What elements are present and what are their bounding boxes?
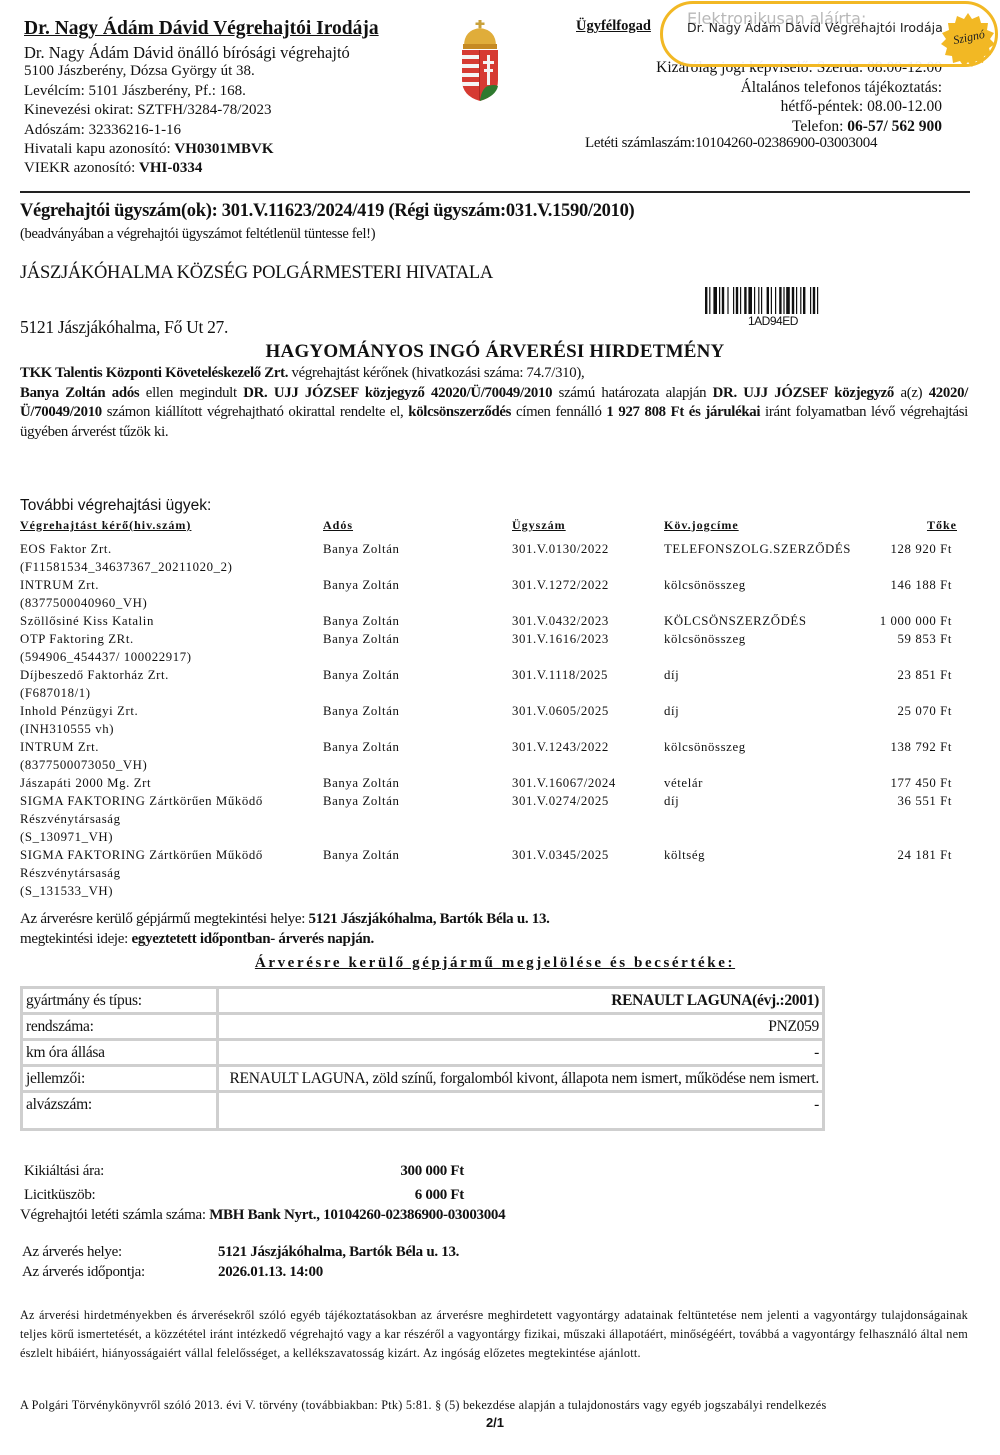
creditor-cell: SIGMA FAKTORING Zártkörűen MűködőRészvén… <box>20 846 323 900</box>
case-number-cell: 301.V.16067/2024 <box>512 774 664 792</box>
bid-step-label: Licitküszöb: <box>24 1183 384 1207</box>
auction-place-value: 5121 Jászjákóhalma, Bartók Béla u. 13. <box>218 1244 459 1260</box>
vehicle-row: gyártmány és típus:RENAULT LAGUNA(évj.:2… <box>22 988 824 1014</box>
intro-text: a(z) <box>894 385 929 401</box>
creditor-name: TKK Talentis Központi Követeléskezelő Zr… <box>20 365 288 381</box>
auction-place-label: Az árverés helye: <box>22 1242 218 1262</box>
vehicle-field-value: - <box>218 1092 824 1130</box>
creditor-line: OTP Faktoring ZRt. <box>20 630 323 648</box>
column-header: Tőke <box>872 518 957 540</box>
vehicle-table: gyártmány és típus:RENAULT LAGUNA(évj.:2… <box>20 986 825 1131</box>
creditor-line: (594906_454437/ 100022917) <box>20 648 323 666</box>
debtor-cell: Banya Zoltán <box>323 540 512 576</box>
creditor-cell: Szöllősiné Kiss Katalin <box>20 612 323 630</box>
disclaimer-paragraph: Az árverési hirdetményekben és árverések… <box>20 1306 968 1363</box>
office-details: Dr. Nagy Ádám Dávid önálló bírósági végr… <box>24 43 350 179</box>
column-header: Köv.jogcíme <box>664 518 872 540</box>
principal-cell: 138 792 Ft <box>872 738 952 774</box>
principal-cell: 59 853 Ft <box>872 630 952 666</box>
vehicle-field-value: - <box>218 1040 824 1066</box>
vehicle-field-value: RENAULT LAGUNA, zöld színű, forgalomból … <box>218 1066 824 1092</box>
reception-info: Kizárólag jogi képviselő: Szerda: 08.00-… <box>656 58 942 136</box>
claim-title-cell: KÖLCSÖNSZERZŐDÉS <box>664 612 872 630</box>
table-row: OTP Faktoring ZRt.(594906_454437/ 100022… <box>20 630 970 666</box>
hivatali-kapu-line: Hivatali kapu azonosító: VH0301MBVK <box>24 140 350 159</box>
table-row: INTRUM Zrt.(8377500073050_VH)Banya Zoltá… <box>20 738 970 774</box>
case-number-cell: 301.V.0130/2022 <box>512 540 664 576</box>
office-line: Dr. Nagy Ádám Dávid önálló bírósági végr… <box>24 43 350 62</box>
document-title: HAGYOMÁNYOS INGÓ ÁRVERÉSI HIRDETMÉNY <box>0 341 990 363</box>
inspection-time-label: megtekintési ideje: <box>20 931 131 947</box>
price-block: Kikiáltási ára:300 000 Ft Licitküszöb:6 … <box>24 1159 464 1207</box>
intro-text: címen fennálló <box>511 404 606 420</box>
start-price-label: Kikiáltási ára: <box>24 1159 384 1183</box>
table-row: Jászapáti 2000 Mg. ZrtBanya Zoltán301.V.… <box>20 774 970 792</box>
debtor-name: Banya Zoltán adós <box>20 385 139 401</box>
vehicle-field-label: alvázszám: <box>22 1092 218 1130</box>
principal-cell: 25 070 Ft <box>872 702 952 738</box>
viekr-value: VHI-0334 <box>139 160 202 176</box>
inspection-time-value: egyeztetett időpontban- árverés napján. <box>131 931 373 947</box>
office-line: Levélcím: 5101 Jászberény, Pf.: 168. <box>24 82 350 101</box>
creditor-line: (8377500040960_VH) <box>20 594 323 612</box>
reception-line: hétfő-péntek: 08.00-12.00 <box>656 97 942 117</box>
deposit-account: Letéti számlaszám:10104260-02386900-0300… <box>585 135 877 152</box>
creditor-line: (F11581534_34637367_20211020_2) <box>20 558 323 576</box>
principal-cell: 23 851 Ft <box>872 666 952 702</box>
intro-text: végrehajtást kérőnek (hivatkozási száma:… <box>288 365 584 381</box>
column-header: Adós <box>323 518 512 540</box>
principal-cell: 36 551 Ft <box>872 792 952 846</box>
barcode-icon <box>705 287 855 314</box>
table-row: SIGMA FAKTORING Zártkörűen MűködőRészvén… <box>20 792 970 846</box>
creditor-cell: OTP Faktoring ZRt.(594906_454437/ 100022… <box>20 630 323 666</box>
principal-cell: 177 450 Ft <box>872 774 952 792</box>
office-title: Dr. Nagy Ádám Dávid Végrehajtói Irodája <box>24 18 379 40</box>
case-number-cell: 301.V.1118/2025 <box>512 666 664 702</box>
table-row: Inhold Pénzügyi Zrt.(INH310555 vh)Banya … <box>20 702 970 738</box>
creditor-line: Részvénytársaság <box>20 810 323 828</box>
bank-label: Végrehajtói letéti számla száma: <box>20 1207 209 1223</box>
vehicle-field-value: PNZ059 <box>218 1014 824 1040</box>
creditor-line: Jászapáti 2000 Mg. Zrt <box>20 774 323 792</box>
claim-title-cell: díj <box>664 792 872 846</box>
case-number-cell: 301.V.1616/2023 <box>512 630 664 666</box>
office-line: 5100 Jászberény, Dózsa György út 38. <box>24 62 350 81</box>
table-row: SIGMA FAKTORING Zártkörűen MűködőRészvén… <box>20 846 970 900</box>
intro-paragraph: TKK Talentis Központi Követeléskezelő Zr… <box>20 364 968 442</box>
hivatali-kapu-value: VH0301MBVK <box>174 141 273 157</box>
claim-amount: 1 927 808 Ft és járulékai <box>606 404 760 420</box>
creditor-cell: Jászapáti 2000 Mg. Zrt <box>20 774 323 792</box>
table-row: Díjbeszedő Faktorház Zrt.(F687018/1)Bany… <box>20 666 970 702</box>
debtor-cell: Banya Zoltán <box>323 576 512 612</box>
creditor-cell: Inhold Pénzügyi Zrt.(INH310555 vh) <box>20 702 323 738</box>
claim-title-cell: kölcsönösszeg <box>664 576 872 612</box>
creditor-cell: EOS Faktor Zrt.(F11581534_34637367_20211… <box>20 540 323 576</box>
claim-title-cell: kölcsönösszeg <box>664 738 872 774</box>
header-divider <box>20 191 970 193</box>
reception-hours-heading: Ügyfélfogad <box>576 18 651 35</box>
vehicle-row: km óra állása- <box>22 1040 824 1066</box>
vehicle-field-value: RENAULT LAGUNA(évj.:2001) <box>218 988 824 1014</box>
claim-title-cell: TELEFONSZOLG.SZERZŐDÉS <box>664 540 872 576</box>
table-row: EOS Faktor Zrt.(F11581534_34637367_20211… <box>20 540 970 576</box>
page-number: 2/1 <box>0 1415 990 1430</box>
auction-time-value: 2026.01.13. 14:00 <box>218 1264 323 1280</box>
principal-cell: 146 188 Ft <box>872 576 952 612</box>
auction-time-label: Az árverés időpontja: <box>22 1262 218 1282</box>
creditor-cell: INTRUM Zrt.(8377500040960_VH) <box>20 576 323 612</box>
notary-ref: DR. UJJ JÓZSEF közjegyző <box>713 385 894 401</box>
principal-cell: 128 920 Ft <box>872 540 952 576</box>
intro-line-2: Banya Zoltán adós ellen megindult DR. UJ… <box>20 384 968 443</box>
debtor-cell: Banya Zoltán <box>323 702 512 738</box>
further-cases-title: További végrehajtási ügyek: <box>20 497 211 515</box>
creditor-line: EOS Faktor Zrt. <box>20 540 323 558</box>
table-body: EOS Faktor Zrt.(F11581534_34637367_20211… <box>20 540 970 900</box>
debtor-cell: Banya Zoltán <box>323 846 512 900</box>
vehicle-field-label: gyártmány és típus: <box>22 988 218 1014</box>
phone-label: Telefon: <box>792 118 847 135</box>
case-number: Végrehajtói ügyszám(ok): 301.V.11623/202… <box>20 201 634 222</box>
inspection-time: megtekintési ideje: egyeztetett időpontb… <box>20 930 550 950</box>
principal-cell: 1 000 000 Ft <box>872 612 952 630</box>
office-line: Adószám: 32336216-1-16 <box>24 121 350 140</box>
barcode-label: 1AD94ED <box>748 314 798 328</box>
start-price-row: Kikiáltási ára:300 000 Ft <box>24 1159 464 1183</box>
table-header: Végrehajtást kérő(hiv.szám) Adós Ügyszám… <box>20 518 970 540</box>
vehicle-section-title: Árverésre kerülő gépjármű megjelölése és… <box>0 955 990 972</box>
creditor-line: (INH310555 vh) <box>20 720 323 738</box>
column-header: Ügyszám <box>512 518 664 540</box>
claim-title: kölcsönszerződés <box>408 404 511 420</box>
creditor-cell: INTRUM Zrt.(8377500073050_VH) <box>20 738 323 774</box>
claim-title-cell: díj <box>664 702 872 738</box>
recipient-address: 5121 Jászjákóhalma, Fő Ut 27. <box>20 317 228 338</box>
inspection-info: Az árverésre kerülő gépjármű megtekintés… <box>20 910 550 949</box>
hivatali-kapu-label: Hivatali kapu azonosító: <box>24 141 174 157</box>
phone-value: 06-57/ 562 900 <box>847 118 942 135</box>
e-signature-signer: Dr. Nagy Ádám Dávid Végrehajtói Irodája <box>687 20 943 35</box>
creditor-line: (F687018/1) <box>20 684 323 702</box>
e-signature-stamp[interactable]: Elektronikusan aláírta: Dr. Nagy Ádám Dá… <box>660 1 998 67</box>
vehicle-field-label: km óra állása <box>22 1040 218 1066</box>
office-line: Kinevezési okirat: SZTFH/3284-78/2023 <box>24 101 350 120</box>
creditor-cell: Díjbeszedő Faktorház Zrt.(F687018/1) <box>20 666 323 702</box>
debtor-cell: Banya Zoltán <box>323 612 512 630</box>
creditor-line: SIGMA FAKTORING Zártkörűen Működő <box>20 792 323 810</box>
case-number-cell: 301.V.1272/2022 <box>512 576 664 612</box>
debtor-cell: Banya Zoltán <box>323 666 512 702</box>
creditor-line: Részvénytársaság <box>20 864 323 882</box>
creditor-cell: SIGMA FAKTORING Zártkörűen MűködőRészvén… <box>20 792 323 846</box>
inspection-place-value: 5121 Jászjákóhalma, Bartók Béla u. 13. <box>309 911 550 927</box>
inspection-place: Az árverésre kerülő gépjármű megtekintés… <box>20 910 550 930</box>
debtor-cell: Banya Zoltán <box>323 774 512 792</box>
reception-line: Általános telefonos tájékoztatás: <box>656 78 942 98</box>
auction-info: Az árverés helye:5121 Jászjákóhalma, Bar… <box>22 1242 459 1282</box>
table-row: Szöllősiné Kiss KatalinBanya Zoltán301.V… <box>20 612 970 630</box>
column-header: Végrehajtást kérő(hiv.szám) <box>20 518 323 540</box>
intro-text: számon kiállított végrehajtható okiratta… <box>102 404 408 420</box>
principal-cell: 24 181 Ft <box>872 846 952 900</box>
case-number-note: (beadványában a végrehajtói ügyszámot fe… <box>20 226 375 243</box>
notary-ref: DR. UJJ JÓZSEF közjegyző 42020/Ü/70049/2… <box>243 385 552 401</box>
creditor-line: Díjbeszedő Faktorház Zrt. <box>20 666 323 684</box>
bank-account-line: Végrehajtói letéti számla száma: MBH Ban… <box>20 1207 505 1224</box>
claim-title-cell: vételár <box>664 774 872 792</box>
vehicle-row: rendszáma:PNZ059 <box>22 1014 824 1040</box>
further-cases-table: Végrehajtást kérő(hiv.szám) Adós Ügyszám… <box>20 518 970 900</box>
debtor-cell: Banya Zoltán <box>323 738 512 774</box>
phone-line: Telefon: 06-57/ 562 900 <box>656 117 942 137</box>
creditor-line: SIGMA FAKTORING Zártkörűen Működő <box>20 846 323 864</box>
vehicle-field-label: rendszáma: <box>22 1014 218 1040</box>
creditor-line: (8377500073050_VH) <box>20 756 323 774</box>
ptk-paragraph: A Polgári Törvénykönyvről szóló 2013. év… <box>20 1398 968 1413</box>
intro-text: ellen megindult <box>139 385 243 401</box>
vehicle-row: alvázszám:- <box>22 1092 824 1130</box>
bid-step-row: Licitküszöb:6 000 Ft <box>24 1183 464 1207</box>
start-price-value: 300 000 Ft <box>384 1159 464 1183</box>
case-number-cell: 301.V.0274/2025 <box>512 792 664 846</box>
creditor-line: INTRUM Zrt. <box>20 738 323 756</box>
creditor-line: INTRUM Zrt. <box>20 576 323 594</box>
bank-value: MBH Bank Nyrt., 10104260-02386900-030030… <box>209 1207 505 1223</box>
intro-line-1: TKK Talentis Központi Követeléskezelő Zr… <box>20 364 968 384</box>
creditor-line: Szöllősiné Kiss Katalin <box>20 612 323 630</box>
creditor-line: (S_131533_VH) <box>20 882 323 900</box>
case-number-cell: 301.V.1243/2022 <box>512 738 664 774</box>
coat-of-arms-icon <box>458 20 502 102</box>
table-row: INTRUM Zrt.(8377500040960_VH)Banya Zoltá… <box>20 576 970 612</box>
case-number-cell: 301.V.0432/2023 <box>512 612 664 630</box>
case-number-cell: 301.V.0345/2025 <box>512 846 664 900</box>
case-number-cell: 301.V.0605/2025 <box>512 702 664 738</box>
auction-place-row: Az árverés helye:5121 Jászjákóhalma, Bar… <box>22 1242 459 1262</box>
viekr-line: VIEKR azonosító: VHI-0334 <box>24 159 350 178</box>
claim-title-cell: díj <box>664 666 872 702</box>
creditor-line: (S_130971_VH) <box>20 828 323 846</box>
debtor-cell: Banya Zoltán <box>323 792 512 846</box>
inspection-place-label: Az árverésre kerülő gépjármű megtekintés… <box>20 911 309 927</box>
creditor-line: Inhold Pénzügyi Zrt. <box>20 702 323 720</box>
vehicle-field-label: jellemzői: <box>22 1066 218 1092</box>
intro-text: számú határozata alapján <box>552 385 712 401</box>
bid-step-value: 6 000 Ft <box>384 1183 464 1207</box>
debtor-cell: Banya Zoltán <box>323 630 512 666</box>
recipient-name: JÁSZJÁKÓHALMA KÖZSÉG POLGÁRMESTERI HIVAT… <box>20 263 493 284</box>
auction-time-row: Az árverés időpontja:2026.01.13. 14:00 <box>22 1262 459 1282</box>
claim-title-cell: kölcsönösszeg <box>664 630 872 666</box>
vehicle-row: jellemzői:RENAULT LAGUNA, zöld színű, fo… <box>22 1066 824 1092</box>
claim-title-cell: költség <box>664 846 872 900</box>
viekr-label: VIEKR azonosító: <box>24 160 139 176</box>
